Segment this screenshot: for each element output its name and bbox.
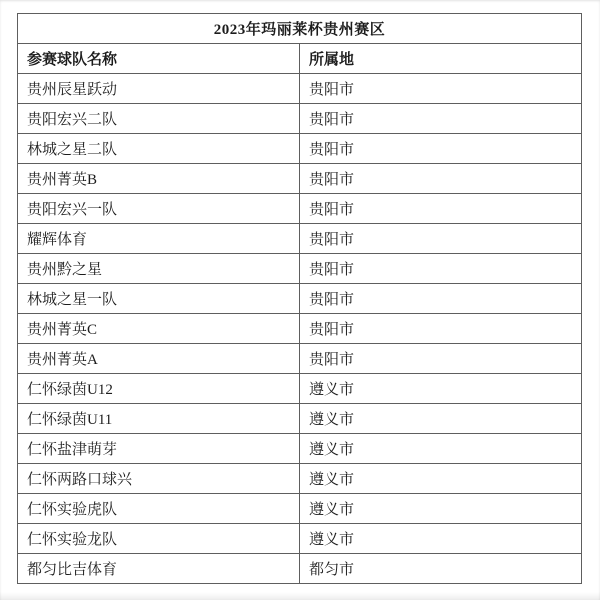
table-row: 贵阳宏兴一队贵阳市	[18, 194, 582, 224]
team-name-cell: 贵州菁英B	[18, 164, 300, 194]
region-cell: 贵阳市	[300, 254, 582, 284]
region-cell: 贵阳市	[300, 104, 582, 134]
header-row: 参赛球队名称 所属地	[18, 44, 582, 74]
table-row: 贵州菁英B贵阳市	[18, 164, 582, 194]
team-roster-table: 2023年玛丽莱杯贵州赛区 参赛球队名称 所属地 贵州辰星跃动贵阳市贵阳宏兴二队…	[17, 13, 582, 584]
region-cell: 遵义市	[300, 494, 582, 524]
team-name-cell: 贵州菁英C	[18, 314, 300, 344]
team-name-cell: 仁怀两路口球兴	[18, 464, 300, 494]
table-row: 林城之星二队贵阳市	[18, 134, 582, 164]
team-name-cell: 林城之星一队	[18, 284, 300, 314]
team-name-cell: 仁怀绿茵U12	[18, 374, 300, 404]
region-cell: 贵阳市	[300, 164, 582, 194]
title-row: 2023年玛丽莱杯贵州赛区	[18, 14, 582, 44]
region-cell: 遵义市	[300, 524, 582, 554]
table-row: 都匀比吉体育都匀市	[18, 554, 582, 584]
table-head: 2023年玛丽莱杯贵州赛区 参赛球队名称 所属地	[18, 14, 582, 74]
team-name-cell: 都匀比吉体育	[18, 554, 300, 584]
document-page: 2023年玛丽莱杯贵州赛区 参赛球队名称 所属地 贵州辰星跃动贵阳市贵阳宏兴二队…	[0, 0, 600, 600]
team-name-cell: 贵阳宏兴二队	[18, 104, 300, 134]
team-name-cell: 仁怀绿茵U11	[18, 404, 300, 434]
region-cell: 遵义市	[300, 404, 582, 434]
team-name-cell: 贵州菁英A	[18, 344, 300, 374]
region-cell: 都匀市	[300, 554, 582, 584]
region-cell: 贵阳市	[300, 344, 582, 374]
table-row: 仁怀绿茵U11遵义市	[18, 404, 582, 434]
table-row: 贵阳宏兴二队贵阳市	[18, 104, 582, 134]
team-name-cell: 仁怀实验虎队	[18, 494, 300, 524]
team-name-cell: 林城之星二队	[18, 134, 300, 164]
region-cell: 贵阳市	[300, 314, 582, 344]
team-name-cell: 仁怀实验龙队	[18, 524, 300, 554]
table-title: 2023年玛丽莱杯贵州赛区	[18, 14, 582, 44]
region-cell: 贵阳市	[300, 194, 582, 224]
region-cell: 遵义市	[300, 374, 582, 404]
table-row: 贵州菁英A贵阳市	[18, 344, 582, 374]
table-row: 贵州菁英C贵阳市	[18, 314, 582, 344]
region-cell: 贵阳市	[300, 224, 582, 254]
table-row: 耀辉体育贵阳市	[18, 224, 582, 254]
table-row: 贵州黔之星贵阳市	[18, 254, 582, 284]
table-row: 仁怀两路口球兴遵义市	[18, 464, 582, 494]
team-name-cell: 贵阳宏兴一队	[18, 194, 300, 224]
region-cell: 贵阳市	[300, 74, 582, 104]
region-cell: 遵义市	[300, 464, 582, 494]
team-name-cell: 贵州黔之星	[18, 254, 300, 284]
team-name-cell: 仁怀盐津萌芽	[18, 434, 300, 464]
region-cell: 贵阳市	[300, 134, 582, 164]
region-cell: 贵阳市	[300, 284, 582, 314]
column-header-region: 所属地	[300, 44, 582, 74]
column-header-team-name: 参赛球队名称	[18, 44, 300, 74]
team-name-cell: 耀辉体育	[18, 224, 300, 254]
team-name-cell: 贵州辰星跃动	[18, 74, 300, 104]
table-row: 贵州辰星跃动贵阳市	[18, 74, 582, 104]
table-row: 仁怀实验虎队遵义市	[18, 494, 582, 524]
table-row: 仁怀盐津萌芽遵义市	[18, 434, 582, 464]
region-cell: 遵义市	[300, 434, 582, 464]
table-row: 仁怀绿茵U12遵义市	[18, 374, 582, 404]
table-row: 林城之星一队贵阳市	[18, 284, 582, 314]
page-edge-shadow	[0, 592, 600, 600]
table-body: 贵州辰星跃动贵阳市贵阳宏兴二队贵阳市林城之星二队贵阳市贵州菁英B贵阳市贵阳宏兴一…	[18, 74, 582, 584]
table-row: 仁怀实验龙队遵义市	[18, 524, 582, 554]
